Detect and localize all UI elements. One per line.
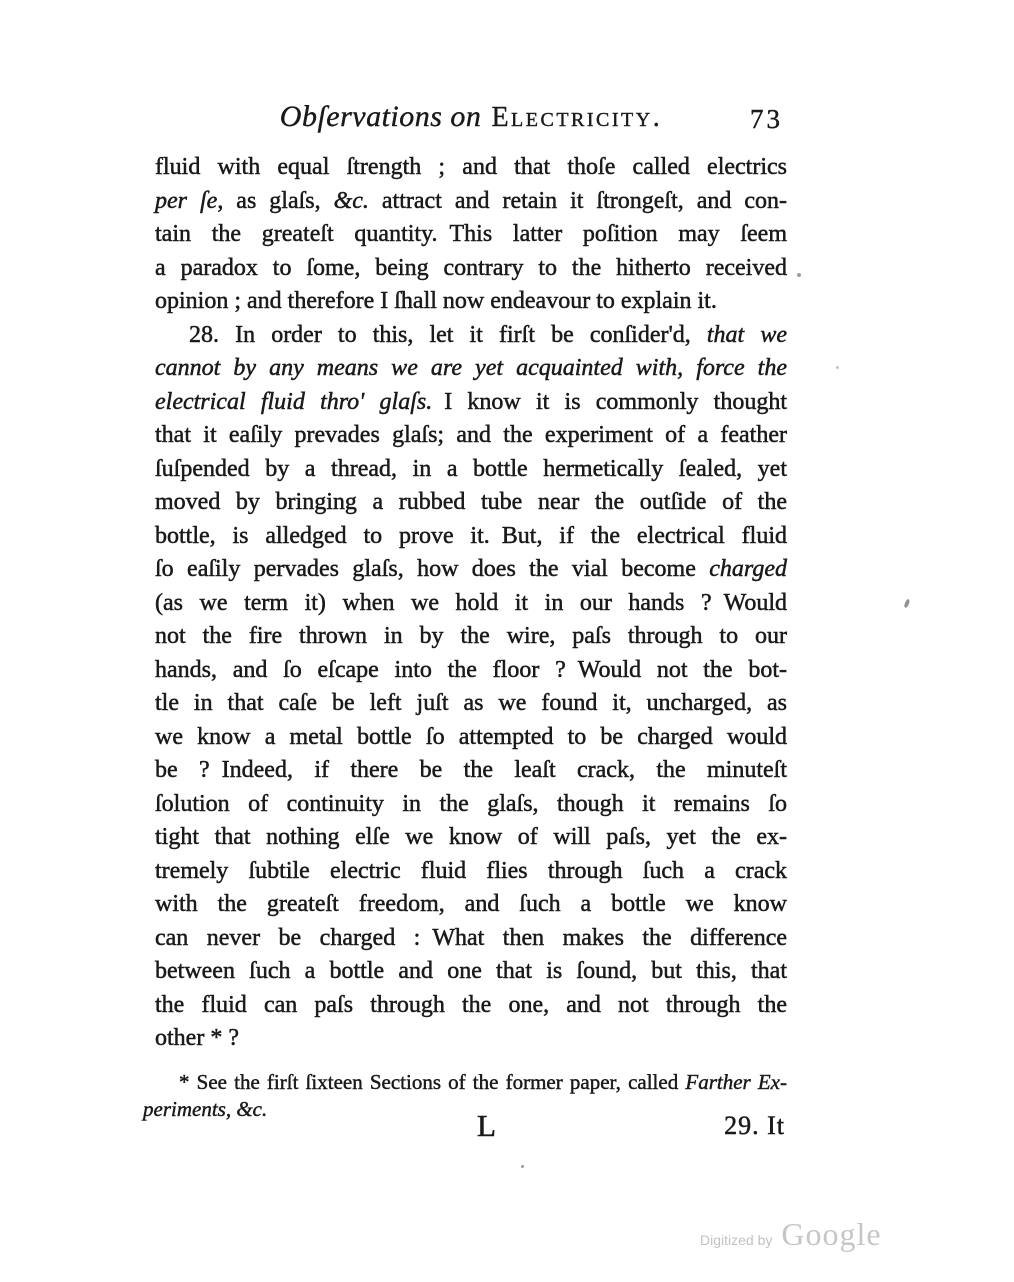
text-line: per ſe, as glaſs, &c. attract and retain… <box>155 185 787 219</box>
text-line: a paradox to ſome, being contrary to the… <box>155 252 787 286</box>
text-line: fluid with equal ſtrength ; and that tho… <box>155 151 787 185</box>
catchword: 29. It <box>724 1111 785 1141</box>
text-line: cannot by any means we are yet acquainte… <box>155 352 787 386</box>
ink-speck <box>836 366 839 369</box>
text-line: we know a metal bottle ſo attempted to b… <box>155 721 787 755</box>
text-line: not the fire thrown in by the wire, paſs… <box>155 620 787 654</box>
text-line: electrical fluid thro' glaſs. I know it … <box>155 386 787 420</box>
running-title: Obſervations onElectricity. <box>155 100 787 134</box>
text-line: tremely ſubtile electric fluid flies thr… <box>155 855 787 889</box>
watermark-prefix: Digitized by <box>700 1232 772 1248</box>
text-line: other * ? <box>155 1022 787 1056</box>
text-line: be ? Indeed, if there be the leaſt crack… <box>155 754 787 788</box>
text-line: moved by bringing a rubbed tube near the… <box>155 486 787 520</box>
text-line: can never be charged : What then makes t… <box>155 922 787 956</box>
text-line: hands, and ſo eſcape into the floor ? Wo… <box>155 654 787 688</box>
text-line: ſo eaſily pervades glaſs, how does the v… <box>155 553 787 587</box>
body-text: fluid with equal ſtrength ; and that tho… <box>155 151 787 1056</box>
text-line: (as we term it) when we hold it in our h… <box>155 587 787 621</box>
text-line: ſolution of continuity in the glaſs, tho… <box>155 788 787 822</box>
bottom-row: L 29. It <box>155 1108 787 1148</box>
google-watermark: Digitized by Google <box>700 1216 882 1253</box>
text-line: between ſuch a bottle and one that is ſo… <box>155 955 787 989</box>
text-line: * See the firſt ſixteen Sections of the … <box>143 1069 787 1096</box>
google-logo: Google <box>781 1216 881 1253</box>
ink-speck <box>521 1165 524 1168</box>
ink-speck <box>903 599 910 609</box>
page-number: 73 <box>750 104 783 135</box>
text-line: tle in that caſe be left juſt as we foun… <box>155 687 787 721</box>
text-line: 28. In order to this, let it firſt be co… <box>155 319 787 353</box>
signature-mark: L <box>477 1108 496 1144</box>
running-title-italic: Obſervations on <box>280 100 482 133</box>
running-title-caps: Electricity. <box>491 102 662 133</box>
text-line: tight that nothing elſe we know of will … <box>155 821 787 855</box>
text-line: tain the greateſt quantity. This latter … <box>155 218 787 252</box>
text-line: bottle, is alledged to prove it. But, if… <box>155 520 787 554</box>
text-line: with the greateſt freedom, and ſuch a bo… <box>155 888 787 922</box>
text-line: the fluid can paſs through the one, and … <box>155 989 787 1023</box>
ink-speck <box>797 273 801 277</box>
text-line: that it eaſily prevades glaſs; and the e… <box>155 419 787 453</box>
page-header: Obſervations onElectricity. 73 <box>155 100 787 140</box>
text-line: opinion ; and therefore I ſhall now ende… <box>155 285 787 319</box>
text-line: ſuſpended by a thread, in a bottle herme… <box>155 453 787 487</box>
scanned-book-page: Obſervations onElectricity. 73 fluid wit… <box>0 0 1014 1282</box>
